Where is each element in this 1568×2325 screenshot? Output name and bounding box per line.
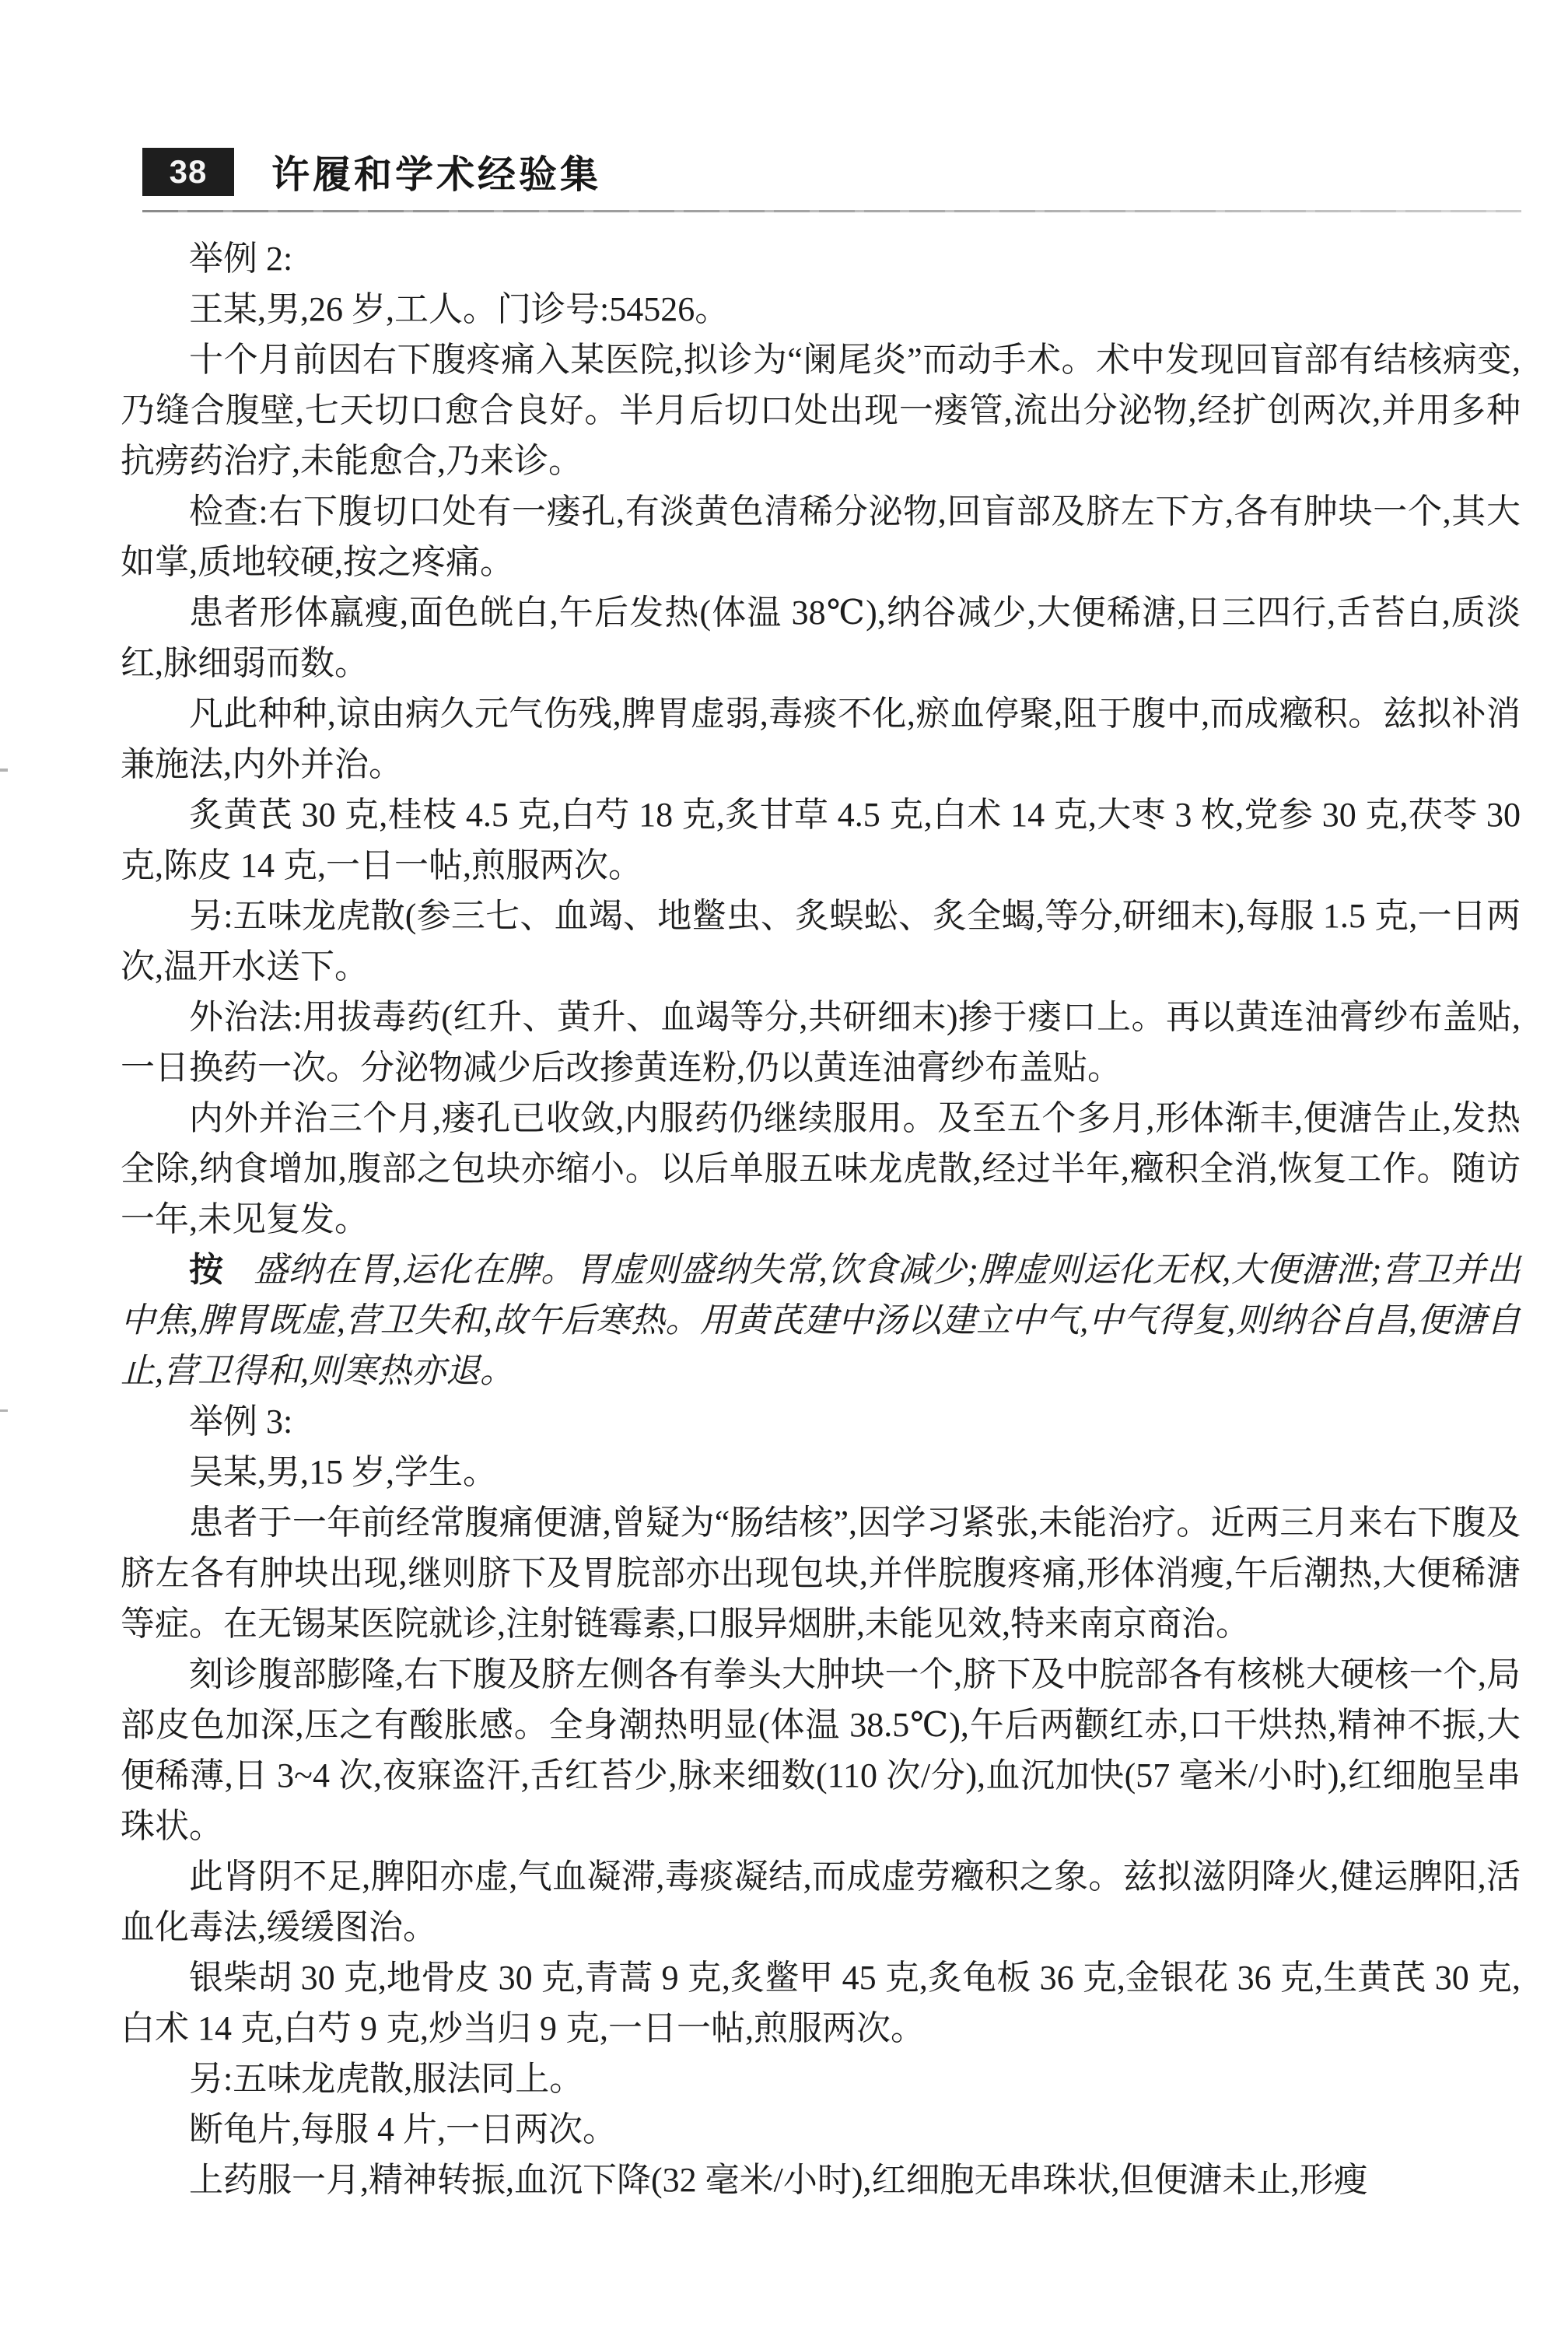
case2-history: 十个月前因右下腹疼痛入某医院,拟诊为“阑尾炎”而动手术。术中发现回盲部有结核病变… xyxy=(121,334,1521,486)
case3-progress: 上药服一月,精神转振,血沉下降(32 毫米/小时),红细胞无串珠状,但便溏未止,… xyxy=(121,2155,1521,2205)
case2-outcome: 内外并治三个月,瘘孔已收敛,内服药仍继续服用。及至五个多月,形体渐丰,便溏告止,… xyxy=(121,1093,1521,1245)
case3-diagnosis: 此肾阴不足,脾阳亦虚,气血凝滞,毒痰凝结,而成虚劳癥积之象。兹拟滋阴降火,健运脾… xyxy=(121,1851,1521,1952)
book-page: 38 许履和学术经验集 举例 2: 王某,男,26 岁,工人。门诊号:54526… xyxy=(0,0,1568,2325)
scan-artifact xyxy=(0,1409,8,1412)
case2-powder-formula: 另:五味龙虎散(参三七、血竭、地鳖虫、炙蜈蚣、炙全蝎,等分,研细末),每服 1.… xyxy=(121,891,1521,992)
case3-history: 患者于一年前经常腹痛便溏,曾疑为“肠结核”,因学习紧张,未能治疗。近两三月来右下… xyxy=(121,1497,1521,1649)
case2-patient-info: 王某,男,26 岁,工人。门诊号:54526。 xyxy=(121,284,1521,334)
example-3-heading: 举例 3: xyxy=(121,1396,1521,1447)
case2-diagnosis: 凡此种种,谅由病久元气伤残,脾胃虚弱,毒痰不化,瘀血停聚,阻于腹中,而成癥积。兹… xyxy=(121,688,1521,790)
case2-symptoms: 患者形体羸瘦,面色㿠白,午后发热(体温 38℃),纳谷减少,大便稀溏,日三四行,… xyxy=(121,587,1521,688)
page-body: 举例 2: 王某,男,26 岁,工人。门诊号:54526。 十个月前因右下腹疼痛… xyxy=(121,233,1521,2205)
case3-examination: 刻诊腹部膨隆,右下腹及脐左侧各有拳头大肿块一个,脐下及中脘部各有核桃大硬核一个,… xyxy=(121,1649,1521,1851)
commentary-label: 按 xyxy=(189,1251,225,1289)
scan-artifact xyxy=(0,769,8,772)
running-header: 38 许履和学术经验集 xyxy=(142,145,1521,212)
case2-examination: 检查:右下腹切口处有一瘘孔,有淡黄色清稀分泌物,回盲部及脐左下方,各有肿块一个,… xyxy=(121,486,1521,587)
commentary-text: 盛纳在胃,运化在脾。胃虚则盛纳失常,饮食减少;脾虚则运化无权,大便溏泄;营卫并出… xyxy=(121,1251,1521,1390)
page-number: 38 xyxy=(170,153,208,191)
case2-prescription: 炙黄芪 30 克,桂枝 4.5 克,白芍 18 克,炙甘草 4.5 克,白术 1… xyxy=(121,790,1521,891)
example-2-heading: 举例 2: xyxy=(121,233,1521,284)
case3-tablet-formula: 断龟片,每服 4 片,一日两次。 xyxy=(121,2104,1521,2155)
case2-external-therapy: 外治法:用拔毒药(红升、黄升、血竭等分,共研细末)掺于瘘口上。再以黄连油膏纱布盖… xyxy=(121,992,1521,1093)
case3-prescription: 银柴胡 30 克,地骨皮 30 克,青蒿 9 克,炙鳖甲 45 克,炙龟板 36… xyxy=(121,1952,1521,2054)
page-number-badge: 38 xyxy=(142,148,234,196)
header-rule xyxy=(142,210,1521,212)
case3-powder-formula: 另:五味龙虎散,服法同上。 xyxy=(121,2054,1521,2104)
book-title: 许履和学术经验集 xyxy=(271,145,601,199)
case3-patient-info: 吴某,男,15 岁,学生。 xyxy=(121,1447,1521,1497)
case2-commentary: 按盛纳在胃,运化在脾。胃虚则盛纳失常,饮食减少;脾虚则运化无权,大便溏泄;营卫并… xyxy=(121,1245,1521,1396)
